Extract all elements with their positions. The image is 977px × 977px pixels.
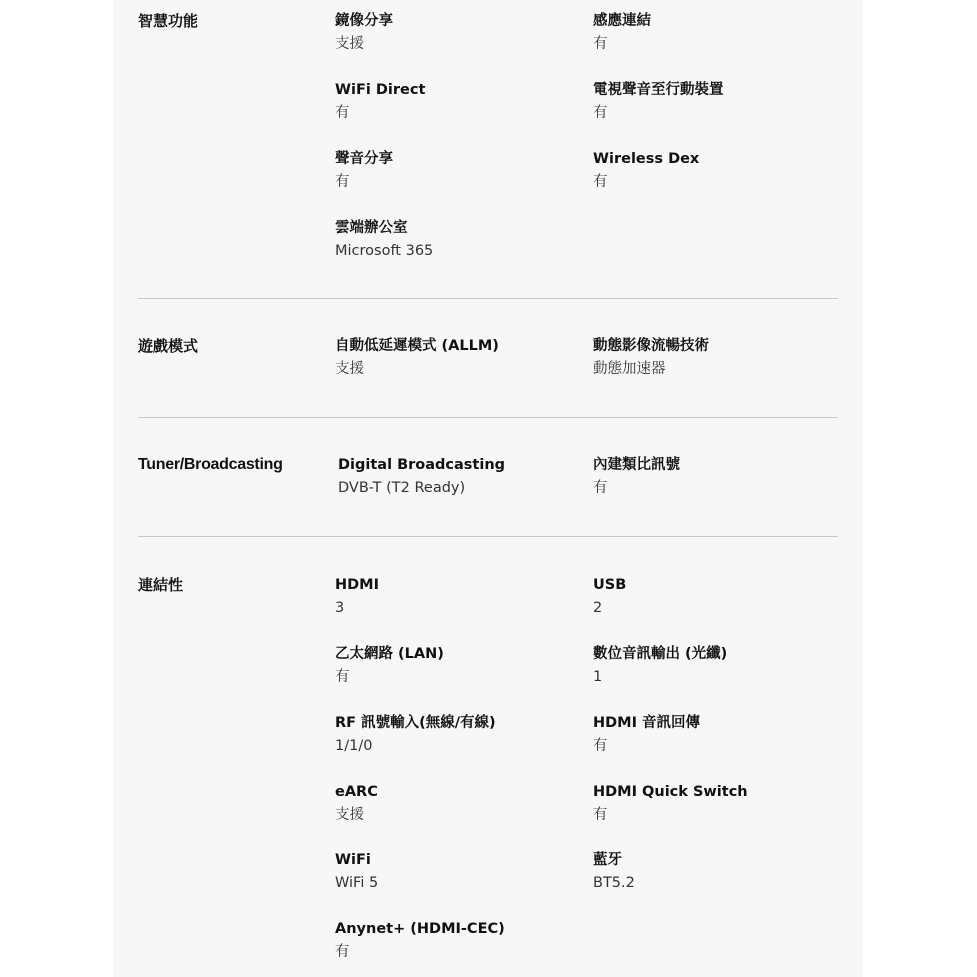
spec-label: WiFi	[335, 849, 378, 871]
spec-label: 雲端辦公室	[335, 217, 433, 239]
section-divider	[138, 298, 838, 299]
spec-item: WiFi Direct 有	[335, 79, 425, 124]
spec-value: 1	[593, 666, 727, 688]
spec-value: 有	[593, 33, 651, 55]
spec-label: 乙太網路 (LAN)	[335, 643, 444, 665]
spec-label: HDMI Quick Switch	[593, 781, 748, 803]
section-title: 連結性	[138, 574, 183, 596]
spec-item: HDMI 音訊回傳 有	[593, 712, 700, 757]
spec-label: 聲音分享	[335, 148, 393, 170]
spec-item: 鏡像分享 支援	[335, 10, 393, 55]
spec-value: WiFi 5	[335, 872, 378, 894]
spec-label: WiFi Direct	[335, 79, 425, 101]
spec-value: 有	[593, 477, 680, 499]
spec-value: 支援	[335, 358, 499, 380]
spec-item: 電視聲音至行動裝置 有	[593, 79, 724, 124]
spec-item: 乙太網路 (LAN) 有	[335, 643, 444, 688]
spec-item: 數位音訊輸出 (光纖) 1	[593, 643, 727, 688]
spec-item: Wireless Dex 有	[593, 148, 699, 193]
spec-item: HDMI 3	[335, 574, 379, 619]
spec-value: 支援	[335, 33, 393, 55]
spec-item: 藍牙 BT5.2	[593, 849, 635, 894]
spec-value: 支援	[335, 804, 378, 826]
spec-label: 內建類比訊號	[593, 454, 680, 476]
section-divider	[138, 536, 838, 537]
spec-value: 有	[593, 735, 700, 757]
spec-label: 鏡像分享	[335, 10, 393, 32]
spec-value: 2	[593, 597, 626, 619]
spec-panel: 智慧功能 鏡像分享 支援 感應連結 有 WiFi Direct 有 電視聲音至行…	[113, 0, 863, 977]
spec-label: 藍牙	[593, 849, 635, 871]
spec-item: WiFi WiFi 5	[335, 849, 378, 894]
spec-label: Wireless Dex	[593, 148, 699, 170]
spec-item: RF 訊號輸入(無線/有線) 1/1/0	[335, 712, 496, 757]
spec-value: 有	[335, 102, 425, 124]
spec-label: Digital Broadcasting	[338, 454, 505, 476]
spec-item: 聲音分享 有	[335, 148, 393, 193]
section-title: Tuner/Broadcasting	[138, 454, 283, 476]
spec-item: 感應連結 有	[593, 10, 651, 55]
section-title: 遊戲模式	[138, 335, 198, 357]
spec-item: 內建類比訊號 有	[593, 454, 680, 499]
spec-label: eARC	[335, 781, 378, 803]
spec-label: RF 訊號輸入(無線/有線)	[335, 712, 496, 734]
spec-label: 自動低延遲模式 (ALLM)	[335, 335, 499, 357]
section-divider	[138, 417, 838, 418]
spec-item: 自動低延遲模式 (ALLM) 支援	[335, 335, 499, 380]
spec-item: USB 2	[593, 574, 626, 619]
spec-label: 感應連結	[593, 10, 651, 32]
spec-value: 有	[593, 102, 724, 124]
spec-value: 有	[593, 804, 748, 826]
spec-label: Anynet+ (HDMI-CEC)	[335, 918, 505, 940]
spec-label: HDMI	[335, 574, 379, 596]
spec-value: 3	[335, 597, 379, 619]
spec-value: 有	[335, 941, 505, 963]
spec-label: HDMI 音訊回傳	[593, 712, 700, 734]
spec-label: 數位音訊輸出 (光纖)	[593, 643, 727, 665]
spec-value: BT5.2	[593, 872, 635, 894]
spec-label: 電視聲音至行動裝置	[593, 79, 724, 101]
spec-value: Microsoft 365	[335, 240, 433, 262]
spec-value: 有	[335, 666, 444, 688]
spec-item: Digital Broadcasting DVB-T (T2 Ready)	[338, 454, 505, 499]
spec-value: 有	[335, 171, 393, 193]
spec-item: 動態影像流暢技術 動態加速器	[593, 335, 709, 380]
spec-label: 動態影像流暢技術	[593, 335, 709, 357]
spec-label: USB	[593, 574, 626, 596]
spec-item: 雲端辦公室 Microsoft 365	[335, 217, 433, 262]
spec-value: 動態加速器	[593, 358, 709, 380]
spec-value: DVB-T (T2 Ready)	[338, 477, 505, 499]
spec-item: Anynet+ (HDMI-CEC) 有	[335, 918, 505, 963]
spec-item: eARC 支援	[335, 781, 378, 826]
spec-item: HDMI Quick Switch 有	[593, 781, 748, 826]
spec-value: 1/1/0	[335, 735, 496, 757]
spec-value: 有	[593, 171, 699, 193]
section-title: 智慧功能	[138, 10, 198, 32]
